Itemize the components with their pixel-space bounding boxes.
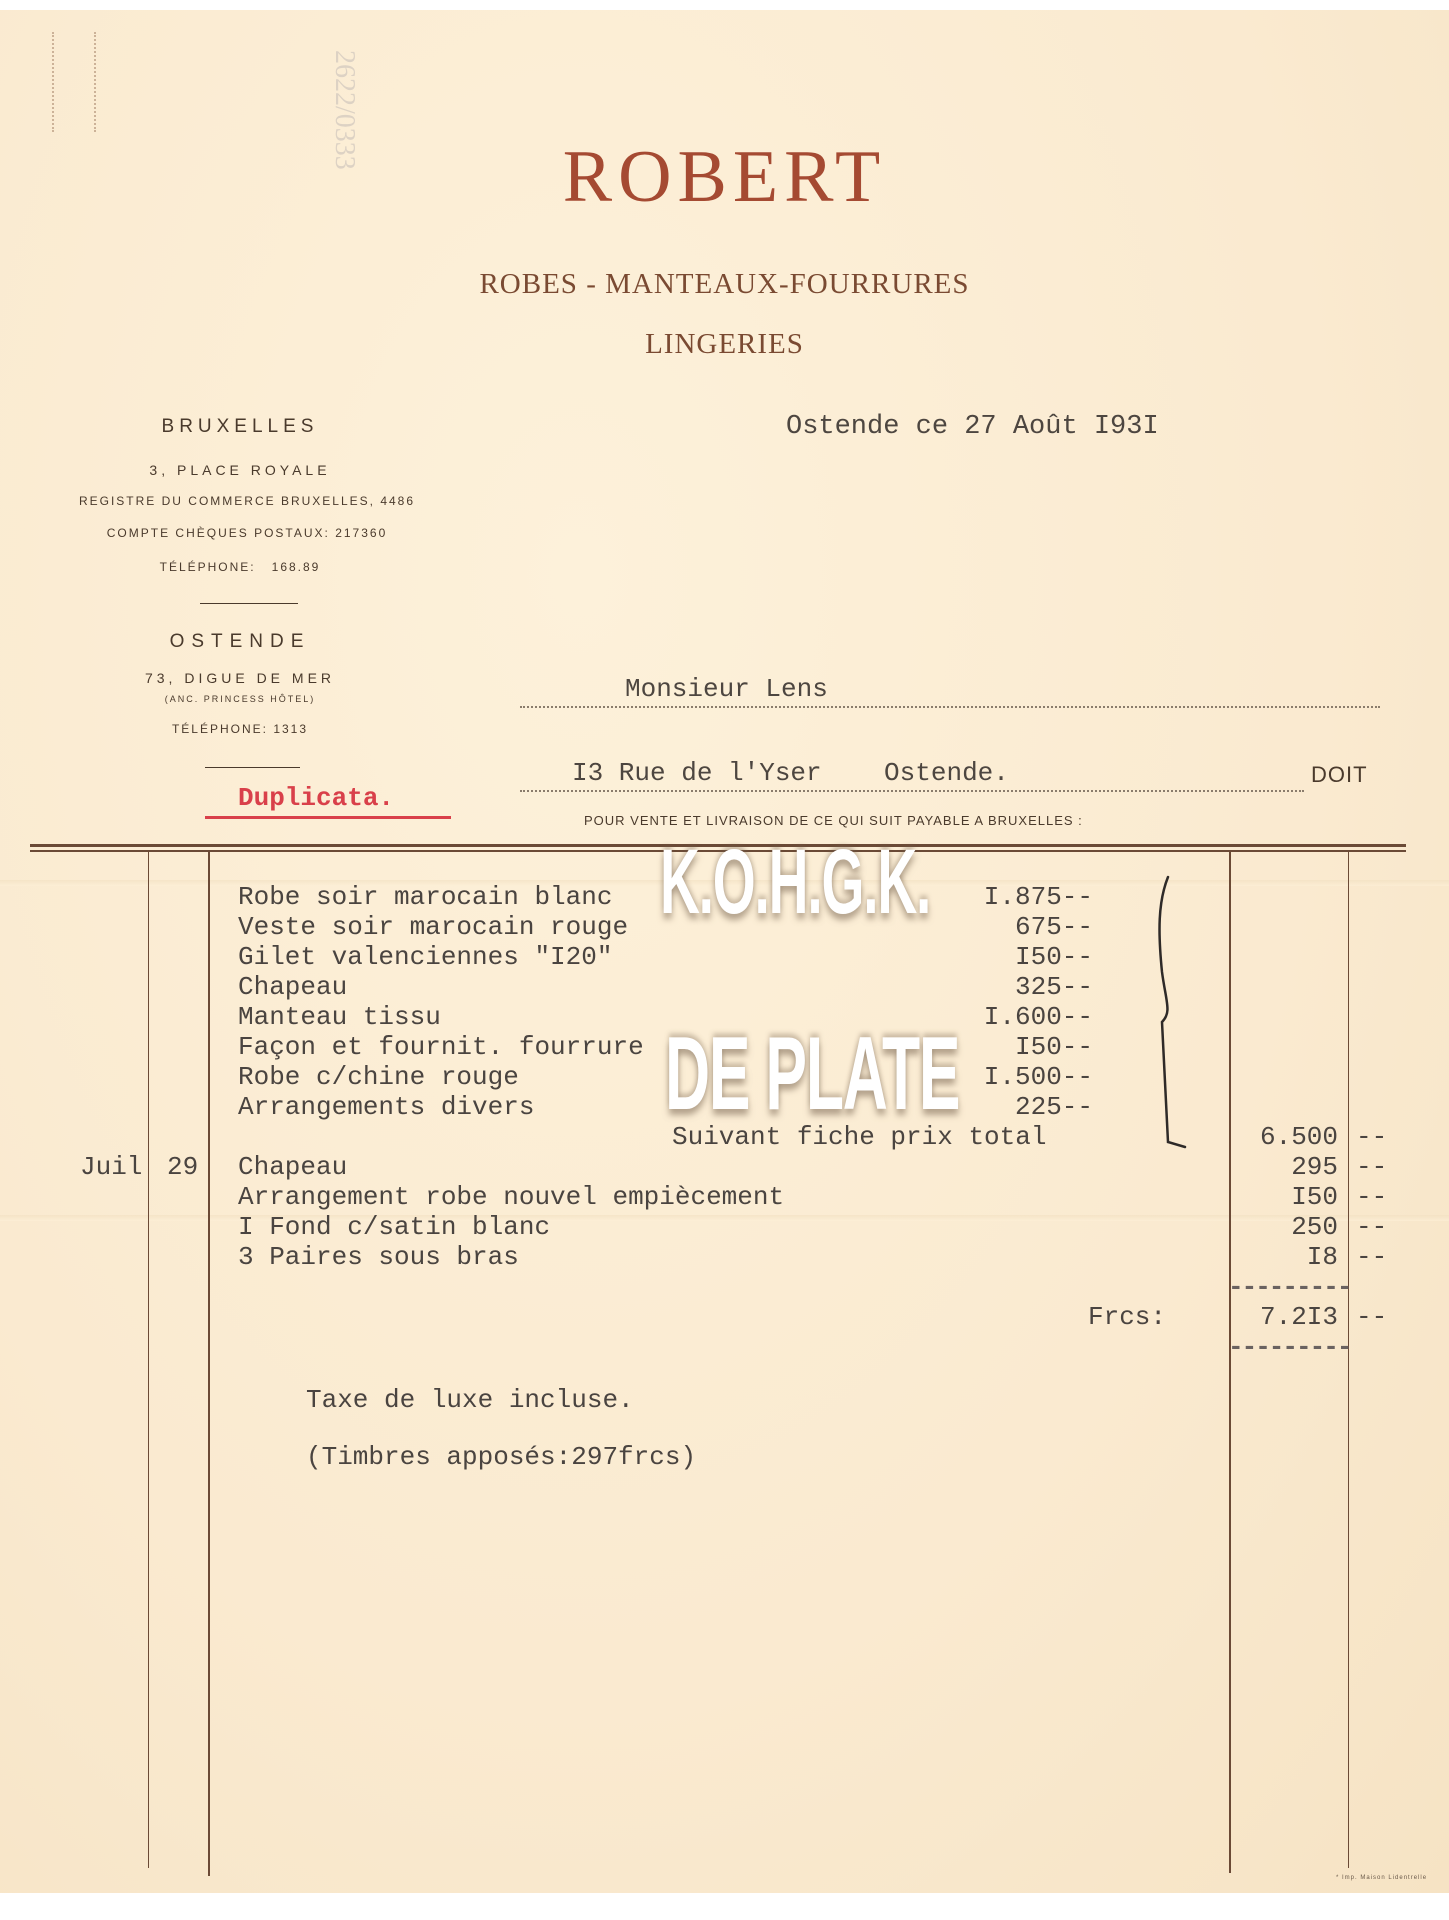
line-item-description: I Fond c/satin blanc: [238, 1212, 550, 1242]
entry-month: Juil: [80, 1152, 142, 1182]
item-description: Robe c/chine rouge: [238, 1062, 519, 1092]
paper-fold: [0, 1215, 1449, 1221]
subtotal-amount: 6.500: [1240, 1122, 1338, 1152]
line-item-cents: --: [1356, 1152, 1387, 1182]
item-amount: I.500--: [984, 1062, 1093, 1092]
divider: [200, 603, 298, 604]
brand-name: ROBERT: [0, 135, 1449, 220]
recipient-name-line: [520, 706, 1380, 708]
item-amount: I50--: [1015, 1032, 1093, 1062]
day-column-line: [208, 852, 210, 1876]
line-item-amount: 250: [1240, 1212, 1338, 1242]
bruxelles-postal-account: COMPTE CHÈQUES POSTAUX: 217360: [62, 526, 432, 540]
line-item: Arrangements divers225--: [238, 1092, 1093, 1122]
line-item-cents: --: [1356, 1212, 1387, 1242]
item-description: Robe soir marocain blanc: [238, 882, 612, 912]
item-amount: I50--: [1015, 942, 1093, 972]
tagline-lingeries: LINGERIES: [0, 328, 1449, 361]
total-cents: --: [1356, 1302, 1387, 1332]
line-item-amount: I8: [1240, 1242, 1338, 1272]
bruxelles-city: BRUXELLES: [70, 416, 410, 438]
line-item-cents: --: [1356, 1242, 1387, 1272]
line-item-cents: --: [1356, 1182, 1387, 1212]
item-amount: 675--: [1015, 912, 1093, 942]
line-item-description: 3 Paires sous bras: [238, 1242, 519, 1272]
recipient-address-line: [520, 790, 1304, 792]
line-item: Manteau tissuI.600--: [238, 1002, 1093, 1032]
line-item-amount: I50: [1240, 1182, 1338, 1212]
line-item: Robe soir marocain blancI.875--: [238, 882, 1093, 912]
item-amount: 225--: [1015, 1092, 1093, 1122]
ostende-telephone: TÉLÉPHONE: 1313: [70, 722, 410, 736]
binder-mark: [52, 32, 96, 132]
subtotal-cents: --: [1356, 1122, 1387, 1152]
amount-column-line: [1229, 852, 1231, 1873]
item-description: Façon et fournit. fourrure: [238, 1032, 644, 1062]
ostende-address: 73, DIGUE DE MER: [70, 670, 410, 686]
line-item: Robe c/chine rougeI.500--: [238, 1062, 1093, 1092]
ostende-city: OSTENDE: [70, 631, 410, 653]
bruxelles-telephone: TÉLÉPHONE: 168.89: [70, 560, 410, 574]
bruxelles-register: REGISTRE DU COMMERCE BRUXELLES, 4486: [62, 494, 432, 508]
entry-day: 29: [167, 1152, 198, 1182]
total-label: Frcs:: [1088, 1302, 1166, 1332]
handwritten-bracket-icon: [1150, 872, 1200, 1157]
line-item-amount: 295: [1240, 1152, 1338, 1182]
line-item: Gilet valenciennes "I20"I50--: [238, 942, 1093, 972]
month-column-line: [148, 852, 149, 1868]
ostende-note: (ANC. PRINCESS HÔTEL): [70, 694, 410, 704]
doit-label: DOIT: [1311, 762, 1368, 788]
item-amount: 325--: [1015, 972, 1093, 1002]
invoice-date: Ostende ce 27 Août I93I: [786, 412, 1159, 442]
duplicata-underline: [205, 816, 451, 819]
item-description: Arrangements divers: [238, 1092, 534, 1122]
subtotal-label: Suivant fiche prix total: [672, 1122, 1046, 1152]
total-separator-bottom: ---------: [1228, 1332, 1350, 1362]
total-separator-top: ---------: [1228, 1272, 1350, 1302]
line-item-description: Chapeau: [238, 1152, 347, 1182]
item-amount: I.600--: [984, 1002, 1093, 1032]
recipient-name: Monsieur Lens: [625, 674, 828, 704]
line-item-description: Arrangement robe nouvel empiècement: [238, 1182, 784, 1212]
item-description: Manteau tissu: [238, 1002, 441, 1032]
item-description: Chapeau: [238, 972, 347, 1002]
line-item: Façon et fournit. fourrureI50--: [238, 1032, 1093, 1062]
item-description: Veste soir marocain rouge: [238, 912, 628, 942]
stamps-note: (Timbres apposés:297frcs): [306, 1442, 696, 1472]
line-item: Veste soir marocain rouge675--: [238, 912, 1093, 942]
item-description: Gilet valenciennes "I20": [238, 942, 612, 972]
divider: [205, 767, 300, 768]
recipient-address: I3 Rue de l'Yser Ostende.: [572, 758, 1009, 788]
payment-terms: POUR VENTE ET LIVRAISON DE CE QUI SUIT P…: [584, 813, 1083, 828]
tagline-products: ROBES - MANTEAUX-FOURRURES: [0, 268, 1449, 301]
invoice-paper: 2622/0333 ROBERT ROBES - MANTEAUX-FOURRU…: [0, 10, 1449, 1893]
bruxelles-address: 3, PLACE ROYALE: [70, 462, 410, 478]
line-item: Chapeau325--: [238, 972, 1093, 1002]
luxury-tax-note: Taxe de luxe incluse.: [306, 1385, 634, 1415]
printer-mark: * Imp. Maison Lidentrelle: [1336, 1875, 1427, 1881]
item-amount: I.875--: [984, 882, 1093, 912]
total-amount: 7.2I3: [1240, 1302, 1338, 1332]
duplicata-stamp: Duplicata.: [238, 783, 394, 813]
